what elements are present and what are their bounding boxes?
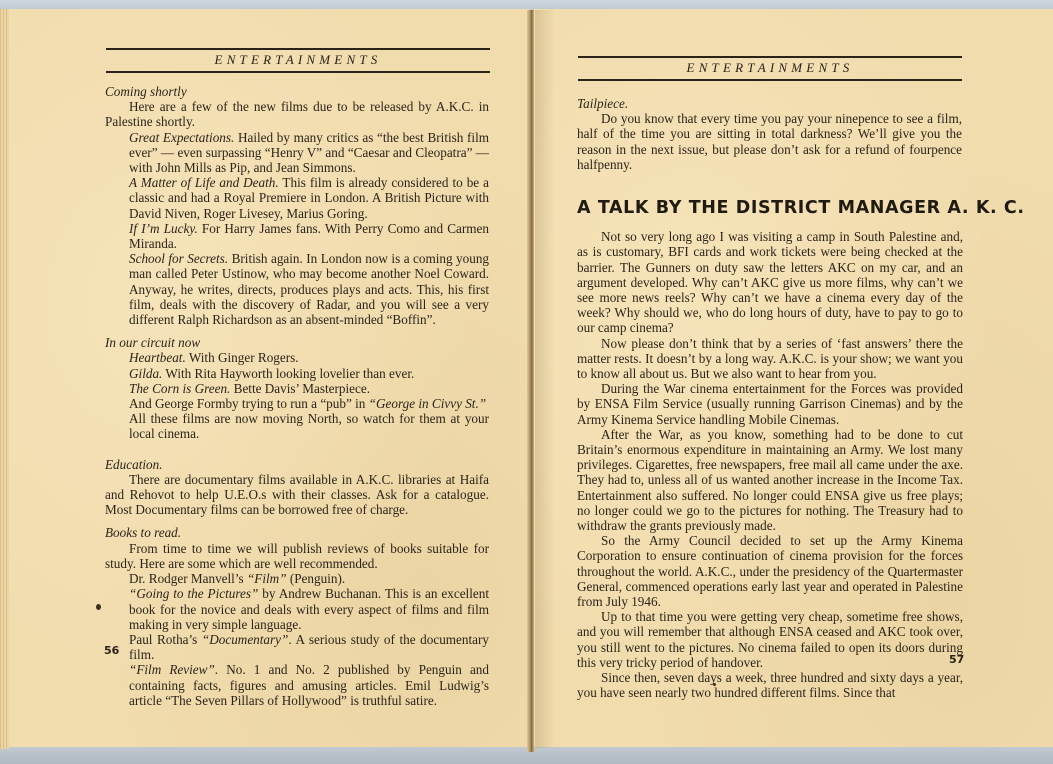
article-section: A TALK BY THE DISTRICT MANAGER A. K. C. …: [577, 201, 963, 701]
film-title: “George in Civvy St.”: [369, 396, 486, 411]
left-page-body: Coming shortly Here are a few of the new…: [105, 84, 489, 708]
film-entry: Great Expectations. Hailed by many criti…: [129, 130, 489, 176]
film-description: With Rita Hayworth looking lovelier than…: [162, 366, 414, 381]
article-paragraph: Since then, seven days a week, three hun…: [577, 670, 963, 700]
film-entry: Heartbeat. With Ginger Rogers.: [129, 350, 489, 365]
film-title: The Corn is Green.: [129, 381, 230, 396]
right-running-header: ENTERTAINMENTS: [578, 56, 962, 81]
book-prefix: Paul Rotha’s: [129, 632, 202, 647]
book-entry: “Going to the Pictures” by Andrew Buchan…: [129, 586, 489, 632]
film-title: If I’m Lucky.: [129, 221, 198, 236]
film-prefix: And George Formby trying to run a “pub” …: [129, 396, 369, 411]
section-title-in-our-circuit-now: In our circuit now: [105, 335, 489, 350]
film-description: With Ginger Rogers.: [186, 350, 299, 365]
book-title: “Documentary”: [202, 632, 288, 647]
film-entry: School for Secrets. British again. In Lo…: [129, 251, 489, 327]
film-title: A Matter of Life and Death.: [129, 175, 279, 190]
section-title-education: Education.: [105, 457, 489, 472]
paragraph: Do you know that every time you pay your…: [577, 111, 962, 172]
article-paragraph: Now please don’t think that by a series …: [577, 336, 963, 382]
article-paragraph: After the War, as you know, something ha…: [577, 427, 963, 533]
paragraph: Here are a few of the new films due to b…: [105, 99, 489, 129]
article-paragraph: So the Army Council decided to set up th…: [577, 533, 963, 609]
paragraph: There are documentary films available in…: [105, 472, 489, 518]
header-rule-bottom: [106, 71, 490, 73]
left-running-header: ENTERTAINMENTS: [106, 48, 490, 73]
film-title: School for Secrets.: [129, 251, 228, 266]
page-edge-stack: [0, 9, 9, 749]
running-head-title: ENTERTAINMENTS: [106, 50, 490, 71]
section-title-books-to-read: Books to read.: [105, 525, 489, 540]
paragraph: From time to time we will publish review…: [105, 541, 489, 571]
article-title: A TALK BY THE DISTRICT MANAGER A. K. C.: [577, 201, 963, 216]
film-entry: The Corn is Green. Bette Davis’ Masterpi…: [129, 381, 489, 396]
section-title-tailpiece: Tailpiece.: [577, 96, 962, 111]
gutter-shadow: [535, 10, 555, 748]
book-entry: Paul Rotha’s “Documentary”. A serious st…: [129, 632, 489, 662]
book-entry: “Film Review”. No. 1 and No. 2 published…: [129, 662, 489, 708]
film-title: Heartbeat.: [129, 350, 186, 365]
article-paragraph: During the War cinema entertainment for …: [577, 381, 963, 427]
running-head-title: ENTERTAINMENTS: [578, 58, 962, 79]
film-entry: And George Formby trying to run a “pub” …: [129, 396, 489, 411]
page-number-right: 57: [949, 653, 964, 666]
book-prefix: Dr. Rodger Manvell’s: [129, 571, 247, 586]
ink-speck: [713, 683, 716, 686]
book-title: “Going to the Pictures”: [129, 586, 258, 601]
closing-note: All these films are now moving North, so…: [129, 411, 489, 441]
film-entry: Gilda. With Rita Hayworth looking loveli…: [129, 366, 489, 381]
book-title: “Film Review”: [129, 662, 215, 677]
section-title-coming-shortly: Coming shortly: [105, 84, 489, 99]
ink-speck: [96, 604, 101, 610]
book-title: “Film”: [247, 571, 287, 586]
film-entry: If I’m Lucky. For Harry James fans. With…: [129, 221, 489, 251]
film-description: Bette Davis’ Masterpiece.: [230, 381, 370, 396]
film-entry: A Matter of Life and Death. This film is…: [129, 175, 489, 221]
book-description: (Penguin).: [287, 571, 346, 586]
film-title: Great Expectations.: [129, 130, 234, 145]
film-title: Gilda.: [129, 366, 162, 381]
article-paragraph: Up to that time you were getting very ch…: [577, 609, 963, 670]
tailpiece-section: Tailpiece. Do you know that every time y…: [577, 96, 962, 172]
page-number-left: 56: [104, 644, 119, 657]
book-entry: Dr. Rodger Manvell’s “Film” (Penguin).: [129, 571, 489, 586]
header-rule-bottom: [578, 79, 962, 81]
note-text: All these films are now moving North, so…: [129, 411, 489, 441]
article-paragraph: Not so very long ago I was visiting a ca…: [577, 229, 963, 335]
